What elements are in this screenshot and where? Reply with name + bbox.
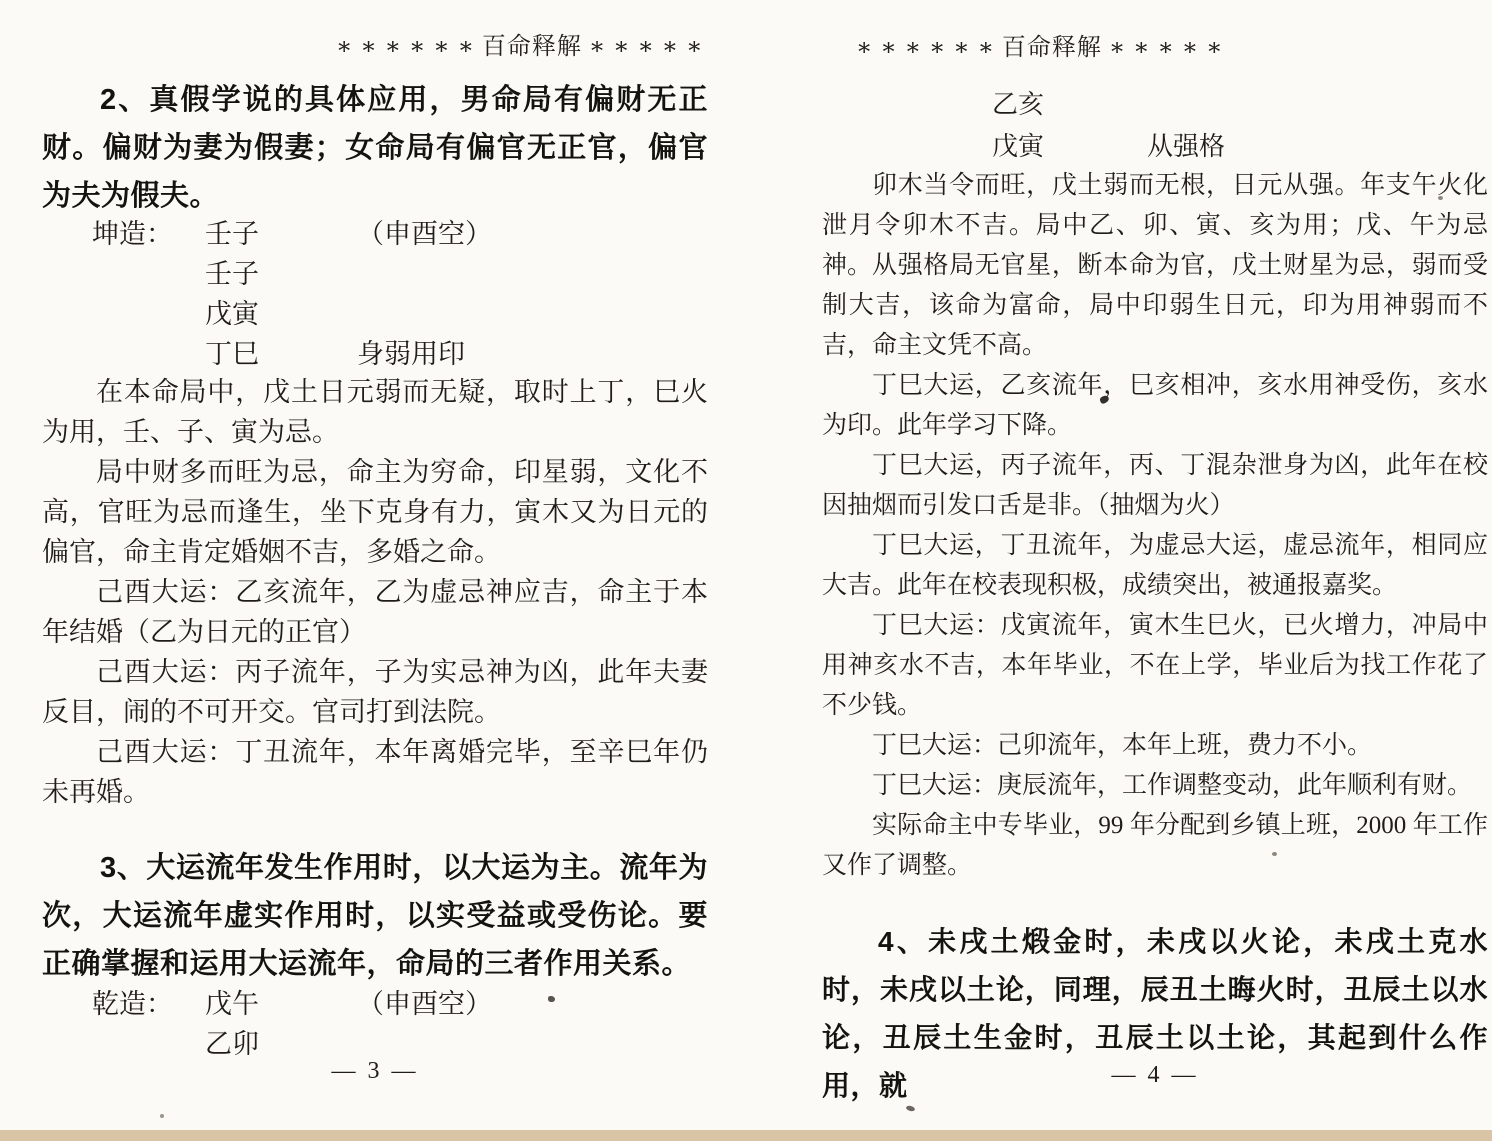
chart-row: 壬子 bbox=[42, 254, 708, 294]
pillar-month: 壬子 bbox=[205, 254, 259, 294]
pillar-hour: 丁巳 bbox=[205, 334, 259, 374]
pillar-year: 乙亥 bbox=[992, 84, 1044, 126]
body-paragraph: 丁巳大运：庚辰流年，工作调整变动，此年顺利有财。 bbox=[822, 766, 1488, 806]
pillar-day: 戊寅 bbox=[205, 294, 259, 334]
section-2-heading: 2、真假学说的具体应用，男命局有偏财无正财。偏财为妻为假妻；女命局有偏官无正官，… bbox=[42, 76, 708, 220]
kunzao-chart: 坤造： 壬子 （申酉空） 壬子 戊寅 丁巳 身弱用印 bbox=[42, 214, 708, 374]
body-paragraph: 丁巳大运：己卯流年，本年上班，费力不小。 bbox=[822, 726, 1488, 766]
chart-row: 乙亥 bbox=[822, 84, 1488, 126]
body-paragraph: 丁巳大运：戊寅流年，寅木生巳火，已火增力，冲局中用神亥水不吉，本年毕业，不在上学… bbox=[822, 606, 1488, 726]
chart-row: 戊寅 从强格 bbox=[822, 126, 1488, 168]
bottom-page-edge bbox=[0, 1130, 1492, 1141]
void-note: （申酉空） bbox=[357, 214, 492, 254]
chart-row: 乾造： 戊午 （申酉空） bbox=[42, 984, 708, 1024]
scan-speck bbox=[1272, 852, 1277, 856]
chart-row: 坤造： 壬子 （申酉空） bbox=[42, 214, 708, 254]
body-paragraph: 丁巳大运，丙子流年，丙、丁混杂泄身为凶，此年在校因抽烟而引发口舌是非。（抽烟为火… bbox=[822, 446, 1488, 526]
chart-row: 丁巳 身弱用印 bbox=[42, 334, 708, 374]
chart-label: 坤造： bbox=[92, 214, 173, 254]
body-paragraph: 局中财多而旺为忌，命主为穷命，印星弱，文化不高，官旺为忌而逢生，坐下克身有力，寅… bbox=[42, 452, 708, 572]
body-paragraph: 己酉大运：乙亥流年，乙为虚忌神应吉，命主于本年结婚（乙为日元的正官） bbox=[42, 572, 708, 652]
qianzao-chart: 乾造： 戊午 （申酉空） 乙卯 bbox=[42, 984, 708, 1064]
scan-speck bbox=[548, 996, 555, 1002]
body-paragraph: 从强格局无官星，断本命为官，戊土财星为忌，弱而受制大吉，该命为富命，局中印弱生日… bbox=[822, 246, 1488, 366]
body-paragraph: 丁巳大运，乙亥流年，巳亥相冲，亥水用神受伤，亥水为印。此年学习下降。 bbox=[822, 366, 1488, 446]
body-paragraph: 丁巳大运，丁丑流年，为虚忌大运，虚忌流年，相同应大吉。此年在校表现积极，成绩突出… bbox=[822, 526, 1488, 606]
pillar-year: 戊午 bbox=[205, 984, 259, 1024]
void-note: （申酉空） bbox=[357, 984, 492, 1024]
page-number-left: — 3 — bbox=[42, 1058, 708, 1085]
running-head-right: ∗ ∗ ∗ ∗ ∗ ∗ 百命释解 ∗ ∗ ∗ ∗ ∗ bbox=[856, 27, 1223, 62]
running-head-left: ∗ ∗ ∗ ∗ ∗ ∗ 百命释解 ∗ ∗ ∗ ∗ ∗ bbox=[336, 26, 703, 61]
body-paragraph: 己酉大运：丁丑流年，本年离婚完毕，至辛巳年仍未再婚。 bbox=[42, 732, 708, 812]
pillar-year: 壬子 bbox=[205, 214, 259, 254]
body-paragraph: 在本命局中，戊土日元弱而无疑，取时上丁，巳火为用，壬、子、寅为忌。 bbox=[42, 372, 708, 452]
pillars-chart-right: 乙亥 戊寅 从强格 bbox=[822, 84, 1488, 168]
scan-speck bbox=[1438, 196, 1443, 200]
page-number-right: — 4 — bbox=[822, 1062, 1488, 1089]
chart-row: 戊寅 bbox=[42, 294, 708, 334]
strength-note: 身弱用印 bbox=[357, 334, 465, 374]
pillar-month: 戊寅 bbox=[992, 126, 1044, 168]
section-3-heading: 3、大运流年发生作用时，以大运为主。流年为次，大运流年虚实作用时，以实受益或受伤… bbox=[42, 844, 708, 988]
chart-label: 乾造： bbox=[92, 984, 173, 1024]
book-spread: ∗ ∗ ∗ ∗ ∗ ∗ 百命释解 ∗ ∗ ∗ ∗ ∗ 2、真假学说的具体应用，男… bbox=[0, 0, 1492, 1141]
body-paragraph: 实际命主中专毕业，99 年分配到乡镇上班，2000 年工作又作了调整。 bbox=[822, 806, 1488, 886]
pattern-note: 从强格 bbox=[1147, 126, 1225, 168]
body-paragraph: 己酉大运：丙子流年，子为实忌神为凶，此年夫妻反目，闹的不可开交。官司打到法院。 bbox=[42, 652, 708, 732]
scan-speck bbox=[160, 1114, 164, 1118]
